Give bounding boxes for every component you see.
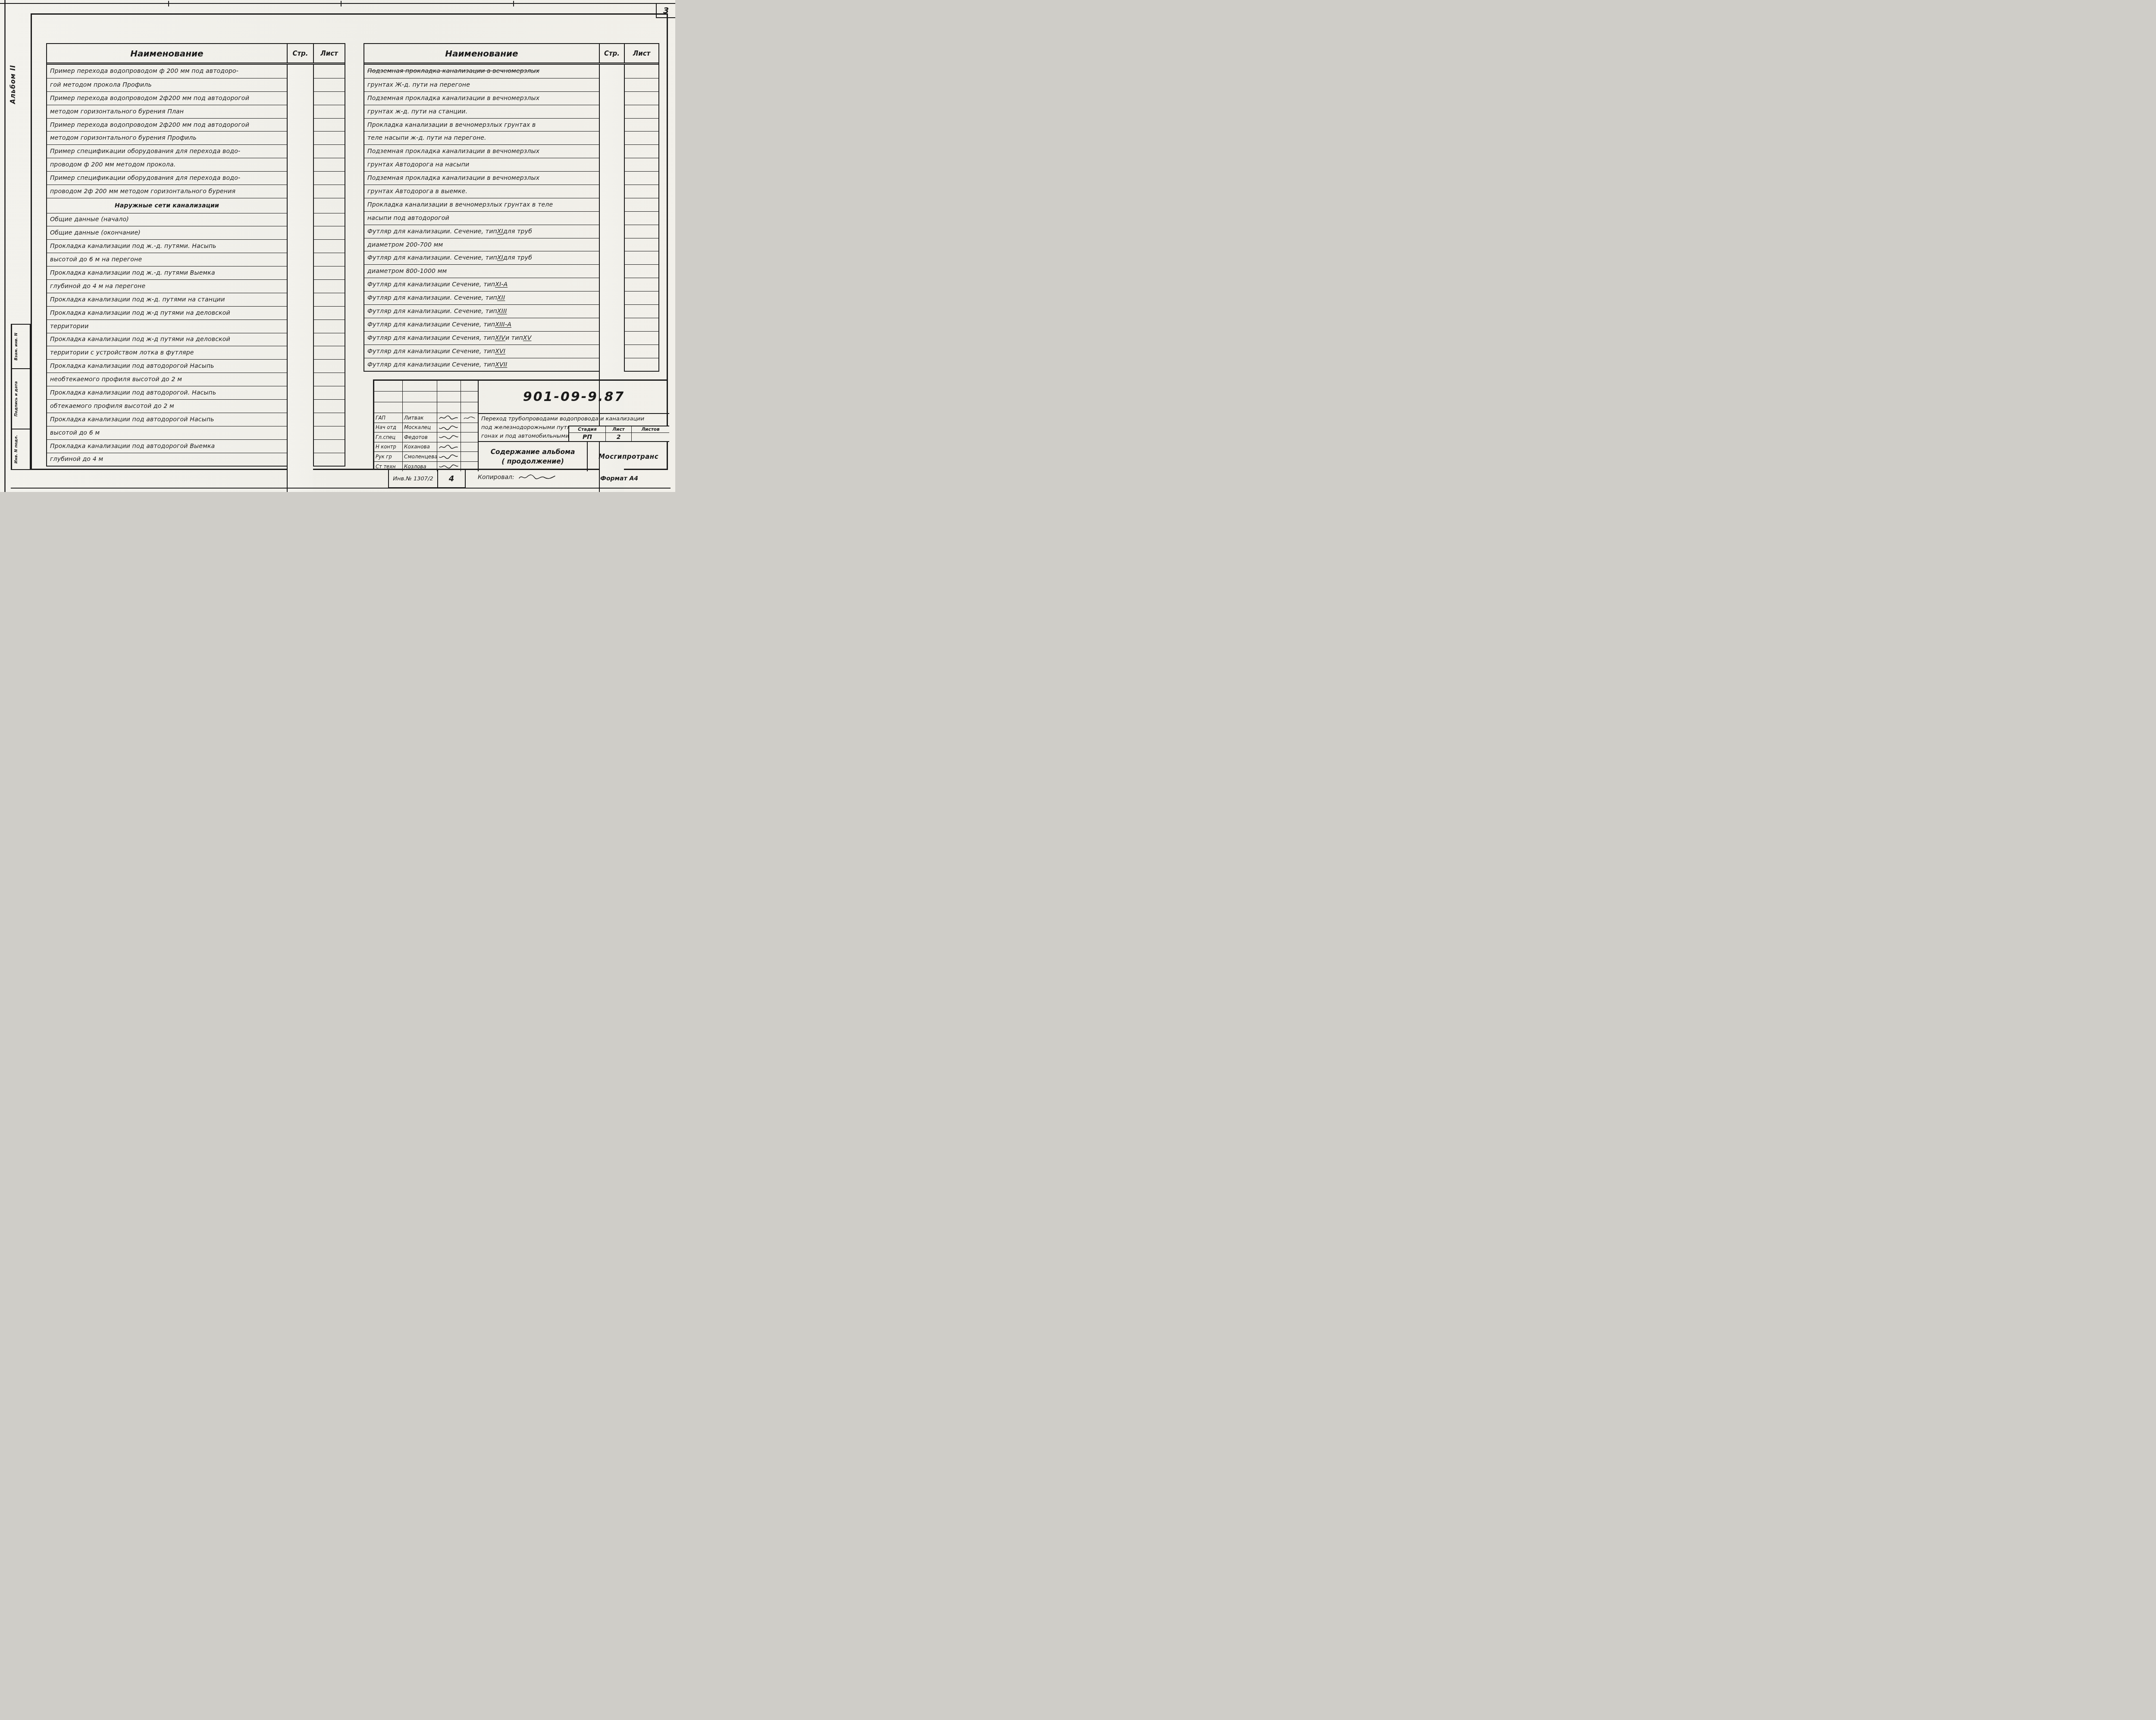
entry-line: Подземная прокладка канализации в вечном… xyxy=(364,65,599,78)
table-row: проводом ф 200 мм методом прокола.40 xyxy=(47,158,345,171)
sheet-cell xyxy=(313,280,345,293)
empty-cell xyxy=(461,381,478,391)
signature xyxy=(437,413,461,423)
empty-cell xyxy=(402,381,437,391)
sheet-cell xyxy=(624,332,658,345)
entry-line: Подземная прокладка канализации в вечном… xyxy=(364,172,599,185)
entry-line: Подземная прокладка канализации в вечном… xyxy=(364,92,599,105)
entry-line: Пример перехода водопроводом ф 200 мм по… xyxy=(47,65,287,78)
signature-scribble xyxy=(439,444,459,450)
entry-line: диаметром 200-700 мм xyxy=(364,238,599,251)
entry-line: Футляр для канализации Сечения, тип XIV … xyxy=(364,332,599,345)
signature-row: Рук грСмоленцева xyxy=(374,452,478,462)
sheet-cell xyxy=(313,198,345,213)
table-row: грунтах Ж-д. пути на перегоне53 xyxy=(364,78,658,91)
sidebar-stamp-column: Взам. инв. NПодпись и датаИнв. N подл. xyxy=(11,324,31,470)
signatory-name: Литвак xyxy=(402,413,437,423)
signature xyxy=(437,452,461,461)
entry-line: Футляр для канализации. Сечение, тип XI … xyxy=(364,225,599,238)
description-line: Переход трубопроводами водопровода и кан… xyxy=(481,415,667,423)
sheet-cell xyxy=(624,65,658,78)
top-border-line xyxy=(0,3,675,4)
table-row: Пример спецификации оборудования для пер… xyxy=(47,171,345,185)
entry-line: Пример спецификации оборудования для пер… xyxy=(47,145,287,158)
table-row: Прокладка канализации под автодорогой Вы… xyxy=(47,439,345,453)
page-cell: 52 xyxy=(287,453,313,492)
entry-line: Пример спецификации оборудования для пер… xyxy=(47,172,287,185)
table-body: Пример перехода водопроводом ф 200 мм по… xyxy=(47,65,345,466)
entry-line: Прокладка канализации под автодорогой Вы… xyxy=(47,440,287,453)
table-row: насыпи под автодорогой58 xyxy=(364,211,658,225)
entry-line: Прокладка канализации под автодорогой На… xyxy=(47,360,287,373)
signature-date xyxy=(461,442,478,452)
table-row: Футляр для канализации Сечение, тип XVI6… xyxy=(364,345,658,358)
entry-line: Пример перехода водопроводом 2ф200 мм по… xyxy=(47,119,287,132)
sheets-total-value xyxy=(631,433,669,442)
entry-line: Футляр для канализации Сечение, тип XVI xyxy=(364,345,599,358)
stage-block: Стадия Лист Листов РП 2 xyxy=(568,426,669,441)
empty-cell xyxy=(374,381,402,391)
column-header-name: Наименование xyxy=(364,44,599,63)
table-row: высотой до 6 м51 xyxy=(47,426,345,439)
fold-tick-mark xyxy=(168,1,169,6)
empty-row xyxy=(374,381,478,392)
entry-line: глубиной до 4 м xyxy=(47,453,287,466)
entry-line: методом горизонтального бурения Профиль xyxy=(47,132,287,144)
entry-line: Футляр для канализации Сечение, тип XVII xyxy=(364,358,599,371)
entry-line: проводом 2ф 200 мм методом горизонтально… xyxy=(47,185,287,198)
entry-line: грунтах Автодорога в выемке. xyxy=(364,185,599,198)
sheet-header: Лист xyxy=(605,426,631,432)
entry-line: Футляр для канализации. Сечение, тип XI … xyxy=(364,251,599,264)
column-header-sheet: Лист xyxy=(624,44,658,63)
entry-line: Футляр для канализации Сечение, тип XIII… xyxy=(364,318,599,331)
sheet-cell xyxy=(313,78,345,91)
entry-line: проводом ф 200 мм методом прокола. xyxy=(47,158,287,171)
table-row: Подземная прокладка канализации в вечном… xyxy=(364,144,658,158)
sheet-cell xyxy=(313,213,345,226)
table-row: Футляр для канализации. Сечение, тип XI … xyxy=(364,225,658,238)
sheet-cell xyxy=(313,240,345,253)
entry-line: территории с устройством лотка в футляре xyxy=(47,346,287,359)
sheet-cell xyxy=(313,360,345,373)
sheet-cell xyxy=(624,358,658,371)
stamp-cell: Подпись и дата xyxy=(11,368,31,429)
table-row: Прокладка канализации под ж-д путями на … xyxy=(47,333,345,346)
empty-cell xyxy=(437,402,461,413)
fold-tick-mark xyxy=(513,1,514,6)
stamp-label: Инв. N подл. xyxy=(12,429,20,469)
sheet-cell xyxy=(313,453,345,466)
signature-row: ГАПЛитвак xyxy=(374,413,478,423)
sheet-cell xyxy=(313,400,345,413)
title-block-signature-rows: ГАПЛитвакНач отдМоскалецГл.спецФедотовН … xyxy=(374,413,478,471)
table-row: диаметром 800-1000 мм60 xyxy=(364,264,658,278)
table-row: Пример перехода водопроводом 2ф200 мм по… xyxy=(47,91,345,105)
empty-cell xyxy=(437,381,461,391)
sheet-cell xyxy=(313,386,345,399)
column-header-name: Наименование xyxy=(47,44,287,63)
signatory-name: Смоленцева xyxy=(402,452,437,461)
copy-number-box: 4 xyxy=(438,470,466,488)
table-row: методом горизонтального бурения План38 xyxy=(47,105,345,118)
sheet-cell xyxy=(624,132,658,144)
sheet-value: 2 xyxy=(605,433,631,442)
sheet-cell xyxy=(624,305,658,318)
table-row: гой методом прокола Профиль37 xyxy=(47,78,345,91)
entry-line: Прокладка канализации под ж.-д. путями. … xyxy=(47,240,287,253)
entry-line: обтекаемого профиля высотой до 2 м xyxy=(47,400,287,413)
paper-edge-line xyxy=(4,0,6,492)
sheet-cell xyxy=(624,238,658,251)
signature-scribble xyxy=(439,434,459,440)
table-row: Прокладка канализации в вечномерзлых гру… xyxy=(364,118,658,132)
sheet-cell xyxy=(624,251,658,264)
table-row: Футляр для канализации Сечение, тип XVII… xyxy=(364,358,658,371)
empty-cell xyxy=(374,392,402,402)
stage-header: Стадия xyxy=(569,426,605,432)
empty-cell xyxy=(374,402,402,413)
table-row: Футляр для канализации Сечения, тип XIV … xyxy=(364,331,658,345)
sheet-cell xyxy=(624,225,658,238)
album-label: Альбом II xyxy=(6,50,20,119)
signatory-role: Гл.спец xyxy=(374,432,402,442)
sheet-cell xyxy=(313,119,345,132)
sheet-cell xyxy=(624,291,658,304)
date-scribble xyxy=(463,415,476,420)
sheet-cell xyxy=(624,318,658,331)
sheet-cell xyxy=(624,78,658,91)
table-row: Пример перехода водопроводом ф 200 мм по… xyxy=(47,65,345,78)
table-section-row: Наружные сети канализации xyxy=(47,198,345,213)
entry-line: методом горизонтального бурения План xyxy=(47,105,287,118)
entry-line: Общие данные (окончание) xyxy=(47,226,287,239)
stage-header-row: Стадия Лист Листов xyxy=(569,426,669,433)
empty-cell xyxy=(402,402,437,413)
bottom-border-line xyxy=(11,488,671,489)
table-row: Пример перехода водопроводом 2ф200 мм по… xyxy=(47,118,345,132)
entry-line: грунтах Ж-д. пути на перегоне xyxy=(364,78,599,91)
entry-line: глубиной до 4 м на перегоне xyxy=(47,280,287,293)
table-row: грунтах Автодорога в выемке.57 xyxy=(364,185,658,198)
entry-line: Прокладка канализации под ж-д. путями на… xyxy=(47,293,287,306)
signature xyxy=(437,442,461,452)
sheet-cell xyxy=(313,132,345,144)
sheet-cell xyxy=(313,65,345,78)
empty-row xyxy=(374,402,478,413)
table-row: Подземная прокладка канализации в вечном… xyxy=(364,65,658,78)
table-row: Прокладка канализации под автодорогой На… xyxy=(47,413,345,426)
table-row: Подземная прокладка канализации в вечном… xyxy=(364,171,658,185)
entry-line: высотой до 6 м xyxy=(47,426,287,439)
table-row: методом горизонтального бурения Профиль3… xyxy=(47,131,345,144)
sheet-cell xyxy=(313,253,345,266)
title-block-empty-grid xyxy=(374,381,478,413)
table-row: территории47 xyxy=(47,320,345,333)
table-row: Футляр для канализации Сечение, тип XI-А… xyxy=(364,278,658,291)
signature-date xyxy=(461,432,478,442)
entry-line: теле насыпи ж-д. пути на перегоне. xyxy=(364,132,599,144)
sheet-cell xyxy=(313,266,345,279)
table-row: проводом 2ф 200 мм методом горизонтально… xyxy=(47,185,345,198)
sheet-cell xyxy=(313,172,345,185)
table-row: Общие данные (окончание)43 xyxy=(47,226,345,239)
empty-cell xyxy=(402,392,437,402)
entry-line: Футляр для канализации. Сечение, тип XII xyxy=(364,291,599,304)
sheet-cell xyxy=(624,105,658,118)
stamp-cell: Инв. N подл. xyxy=(11,429,31,470)
sheet-cell xyxy=(624,265,658,278)
album-contents-title: Содержание альбома ( продолжение) xyxy=(478,441,587,471)
format-label: Формат А4 xyxy=(600,475,638,482)
signature-date xyxy=(461,423,478,432)
sheet-cell xyxy=(313,426,345,439)
signature-scribble xyxy=(439,424,459,431)
section-heading: Наружные сети канализации xyxy=(47,198,287,213)
entry-line: грунтах ж-д. пути на станции. xyxy=(364,105,599,118)
column-header-page: Стр. xyxy=(287,44,313,63)
entry-line: Прокладка канализации под ж-д путями на … xyxy=(47,333,287,346)
sheet-cell xyxy=(313,145,345,158)
sheet-cell xyxy=(624,145,658,158)
signatory-role: Рук гр xyxy=(374,452,402,461)
table-row: Общие данные (начало)42 xyxy=(47,213,345,226)
sheet-cell xyxy=(313,413,345,426)
entry-line: Прокладка канализации в вечномерзлых гру… xyxy=(364,198,599,211)
scanned-document-page: 3 Альбом II Взам. инв. NПодпись и датаИн… xyxy=(0,0,675,492)
signature-date xyxy=(461,413,478,423)
entry-line: Общие данные (начало) xyxy=(47,213,287,226)
signatory-name: Коханова xyxy=(402,442,437,452)
signatory-role: Нач отд xyxy=(374,423,402,432)
stage-value: РП xyxy=(569,433,605,442)
sheet-cell xyxy=(313,158,345,171)
table-row: Прокладка канализации под ж-д путями на … xyxy=(47,306,345,320)
signatory-role: ГАП xyxy=(374,413,402,423)
empty-row xyxy=(374,392,478,402)
contents-table-left: Наименование Стр. Лист Пример перехода в… xyxy=(46,43,345,467)
contents-title-line: ( продолжение) xyxy=(501,457,564,466)
sheet-cell xyxy=(624,119,658,132)
table-row: Подземная прокладка канализации в вечном… xyxy=(364,91,658,105)
signatory-role: Н контр xyxy=(374,442,402,452)
table-row: Футляр для канализации. Сечение, тип XI … xyxy=(364,251,658,264)
signature-row: Нач отдМоскалец xyxy=(374,423,478,433)
entry-line: Прокладка канализации под автодорогой На… xyxy=(47,413,287,426)
entry-line: Прокладка канализации в вечномерзлых гру… xyxy=(364,119,599,132)
table-row: Прокладка канализации под автодорогой. Н… xyxy=(47,386,345,399)
table-row: необтекаемого профиля высотой до 2 м49 xyxy=(47,373,345,386)
copied-by-row: Копировал: xyxy=(478,473,557,481)
sheet-cell xyxy=(313,226,345,239)
column-header-page: Стр. xyxy=(599,44,624,63)
contents-title-line: Содержание альбома xyxy=(491,447,575,457)
table-row: Пример спецификации оборудования для пер… xyxy=(47,144,345,158)
entry-line: грунтах Автодорога на насыпи xyxy=(364,158,599,171)
table-row: глубиной до 4 м52 xyxy=(47,453,345,466)
entry-line: Прокладка канализации под ж.-д. путями В… xyxy=(47,266,287,279)
table-row: глубиной до 4 м на перегоне45 xyxy=(47,279,345,293)
signature-scribble xyxy=(439,453,459,460)
contents-table-right: Наименование Стр. Лист Подземная проклад… xyxy=(364,43,659,372)
sheet-cell xyxy=(624,172,658,185)
sheet-cell xyxy=(313,373,345,386)
entry-line: высотой до 6 м на перегоне xyxy=(47,253,287,266)
sheet-cell xyxy=(624,345,658,358)
title-block: ГАПЛитвакНач отдМоскалецГл.спецФедотовН … xyxy=(373,379,668,470)
signature-row: Н контрКоханова xyxy=(374,442,478,452)
table-body: Подземная прокладка канализации в вечном… xyxy=(364,65,658,371)
sheet-cell xyxy=(313,440,345,453)
copied-by-signature xyxy=(518,473,557,481)
sheet-cell xyxy=(313,333,345,346)
signatory-name: Москалец xyxy=(402,423,437,432)
stage-value-row: РП 2 xyxy=(569,433,669,442)
sheet-cell xyxy=(624,212,658,225)
entry-line: гой методом прокола Профиль xyxy=(47,78,287,91)
table-row: теле насыпи ж-д. пути на перегоне.55 xyxy=(364,131,658,144)
entry-line: Прокладка канализации под ж-д путями на … xyxy=(47,307,287,320)
stamp-label: Подпись и дата xyxy=(12,369,20,429)
table-row: диаметром 200-700 мм59 xyxy=(364,238,658,251)
signature-date xyxy=(461,452,478,461)
table-row: Прокладка канализации под ж.-д. путями. … xyxy=(47,239,345,253)
empty-cell xyxy=(461,402,478,413)
entry-line: диаметром 800-1000 мм xyxy=(364,265,599,278)
entry-line: территории xyxy=(47,320,287,333)
signature-scribble xyxy=(439,414,459,421)
signature-scribble xyxy=(439,463,459,470)
organization-name: Мосгипротранс xyxy=(587,441,669,471)
sheet-cell xyxy=(624,198,658,211)
table-header: Наименование Стр. Лист xyxy=(47,44,345,65)
fold-tick-mark xyxy=(341,1,342,6)
table-row: Прокладка канализации под ж.-д. путями В… xyxy=(47,266,345,279)
sheet-cell xyxy=(313,105,345,118)
stamp-label: Взам. инв. N xyxy=(12,325,20,368)
copied-by-label: Копировал: xyxy=(478,474,514,481)
sheet-cell xyxy=(624,92,658,105)
table-header: Наименование Стр. Лист xyxy=(364,44,658,65)
table-row: Футляр для канализации. Сечение, тип XII… xyxy=(364,304,658,318)
sheets-total-header: Листов xyxy=(631,426,669,432)
sheet-cell xyxy=(313,185,345,198)
stamp-cell: Взам. инв. N xyxy=(11,324,31,368)
empty-cell xyxy=(437,392,461,402)
column-header-sheet: Лист xyxy=(313,44,345,63)
document-number: 901-09-9.87 xyxy=(478,381,669,413)
sheet-cell xyxy=(313,346,345,359)
sheet-cell xyxy=(313,92,345,105)
table-row: территории с устройством лотка в футляре… xyxy=(47,346,345,359)
sheet-cell xyxy=(313,320,345,333)
table-row: грунтах ж-д. пути на станции.54 xyxy=(364,105,658,118)
entry-line: насыпи под автодорогой xyxy=(364,212,599,225)
sheet-cell xyxy=(624,185,658,198)
signature xyxy=(437,423,461,432)
entry-line: Подземная прокладка канализации в вечном… xyxy=(364,145,599,158)
signatory-name: Федотов xyxy=(402,432,437,442)
table-row: Прокладка канализации под ж-д. путями на… xyxy=(47,293,345,306)
entry-line: Пример перехода водопроводом 2ф200 мм по… xyxy=(47,92,287,105)
entry-line: Футляр для канализации Сечение, тип XI-А xyxy=(364,278,599,291)
entry-line: Прокладка канализации под автодорогой. Н… xyxy=(47,386,287,399)
empty-cell xyxy=(461,392,478,402)
inventory-number-box: Инв.№ 1307/2 xyxy=(388,470,438,488)
signature xyxy=(437,432,461,442)
table-row: высотой до 6 м на перегоне44 xyxy=(47,253,345,266)
table-row: Футляр для канализации. Сечение, тип XII… xyxy=(364,291,658,304)
sheet-cell xyxy=(624,158,658,171)
table-row: Прокладка канализации в вечномерзлых гру… xyxy=(364,198,658,211)
signature-row: Гл.спецФедотов xyxy=(374,432,478,442)
sheet-cell xyxy=(313,307,345,320)
table-row: Футляр для канализации Сечение, тип XIII… xyxy=(364,318,658,331)
table-row: обтекаемого профиля высотой до 2 м50 xyxy=(47,399,345,413)
table-row: грунтах Автодорога на насыпи56 xyxy=(364,158,658,171)
entry-line: Футляр для канализации. Сечение, тип XII… xyxy=(364,305,599,318)
sheet-cell xyxy=(624,278,658,291)
table-row: Прокладка канализации под автодорогой На… xyxy=(47,359,345,373)
entry-line: необтекаемого профиля высотой до 2 м xyxy=(47,373,287,386)
sheet-cell xyxy=(313,293,345,306)
